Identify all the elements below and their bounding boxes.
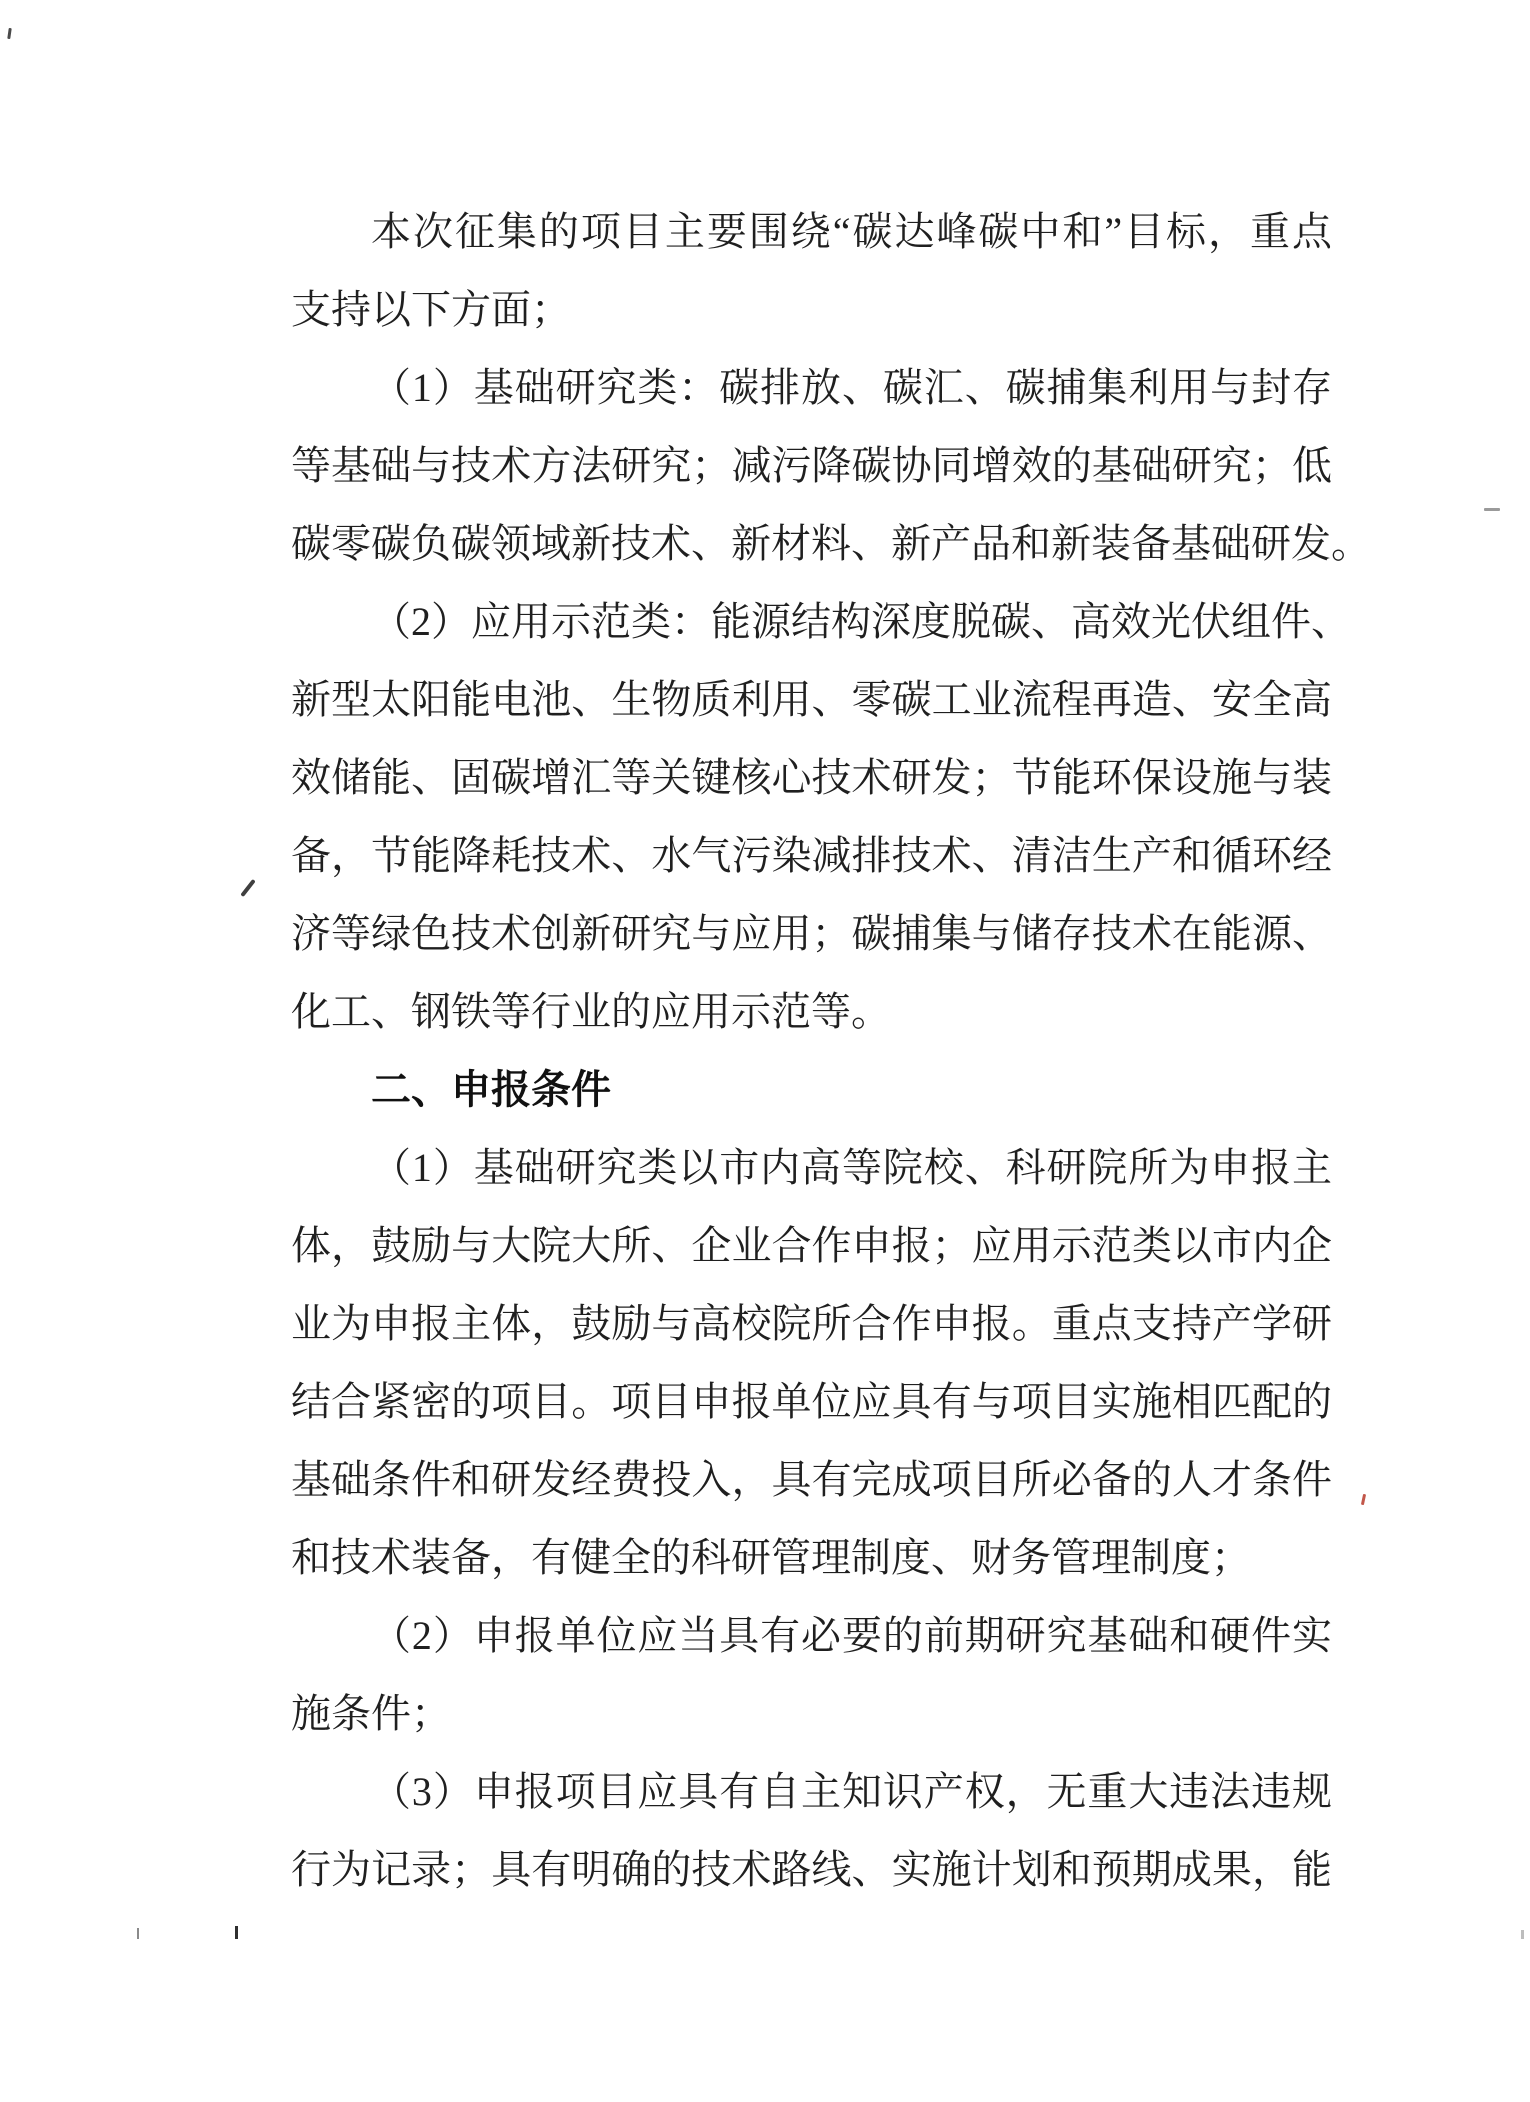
scan-speck [240, 879, 255, 897]
body-line-04: 等基础与技术方法研究；减污降碳协同增效的基础研究；低 [291, 427, 1332, 505]
body-line-19: （2）申报单位应当具有必要的前期研究基础和硬件实 [291, 1597, 1332, 1675]
document-page: 本次征集的项目主要围绕“碳达峰碳中和”目标，重点 支持以下方面； （1）基础研究… [0, 0, 1530, 2102]
body-line-03: （1）基础研究类：碳排放、碳汇、碳捕集利用与封存 [291, 349, 1332, 427]
scan-speck [1361, 1494, 1366, 1505]
body-line-17: 基础条件和研发经费投入，具有完成项目所必备的人才条件 [291, 1441, 1332, 1519]
body-line-16: 结合紧密的项目。项目申报单位应具有与项目实施相匹配的 [291, 1363, 1332, 1441]
body-line-11: 化工、钢铁等行业的应用示范等。 [291, 973, 1332, 1051]
body-line-02: 支持以下方面； [291, 271, 1332, 349]
body-line-01: 本次征集的项目主要围绕“碳达峰碳中和”目标，重点 [291, 193, 1332, 271]
body-line-08: 效储能、固碳增汇等关键核心技术研发；节能环保设施与装 [291, 739, 1332, 817]
section-heading: 二、申报条件 [291, 1051, 1332, 1129]
body-line-05: 碳零碳负碳领域新技术、新材料、新产品和新装备基础研发。 [291, 505, 1332, 583]
body-line-10: 济等绿色技术创新研究与应用；碳捕集与储存技术在能源、 [291, 895, 1332, 973]
scan-speck [1484, 508, 1500, 511]
body-line-15: 业为申报主体，鼓励与高校院所合作申报。重点支持产学研 [291, 1285, 1332, 1363]
body-line-21: （3）申报项目应具有自主知识产权，无重大违法违规 [291, 1753, 1332, 1831]
scan-speck [1521, 1930, 1524, 1939]
body-line-14: 体，鼓励与大院大所、企业合作申报；应用示范类以市内企 [291, 1207, 1332, 1285]
body-line-07: 新型太阳能电池、生物质利用、零碳工业流程再造、安全高 [291, 661, 1332, 739]
scan-speck [235, 1926, 238, 1939]
document-body: 本次征集的项目主要围绕“碳达峰碳中和”目标，重点 支持以下方面； （1）基础研究… [291, 193, 1332, 1909]
body-line-20: 施条件； [291, 1675, 1332, 1753]
body-line-13: （1）基础研究类以市内高等院校、科研院所为申报主 [291, 1129, 1332, 1207]
scan-speck [7, 28, 12, 39]
body-line-06: （2）应用示范类：能源结构深度脱碳、高效光伏组件、 [291, 583, 1332, 661]
body-line-22: 行为记录；具有明确的技术路线、实施计划和预期成果，能 [291, 1831, 1332, 1909]
body-line-18: 和技术装备，有健全的科研管理制度、财务管理制度； [291, 1519, 1332, 1597]
body-line-09: 备，节能降耗技术、水气污染减排技术、清洁生产和循环经 [291, 817, 1332, 895]
scan-speck [137, 1928, 139, 1939]
